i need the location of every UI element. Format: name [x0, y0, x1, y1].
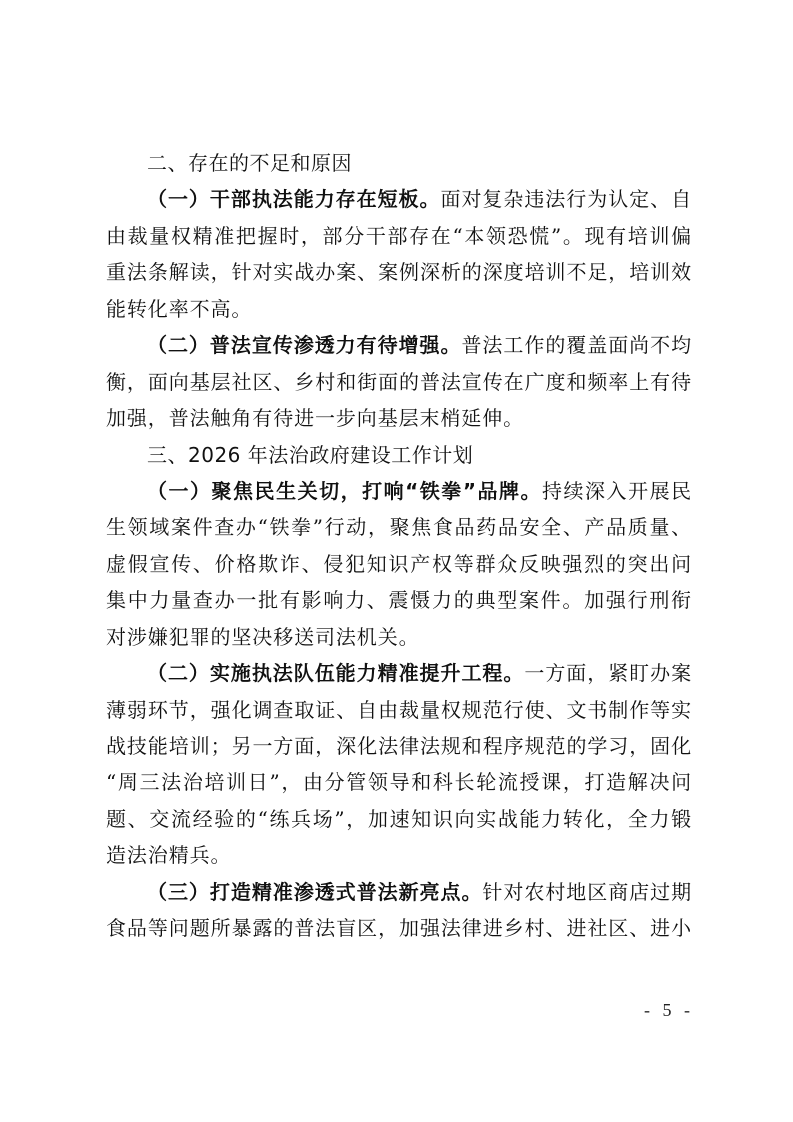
- paragraph-text: 面对复杂违法行为认定、自: [440, 187, 692, 211]
- paragraph-line: 造法治精兵。: [106, 837, 692, 873]
- paragraph-text: 持续深入开展民: [542, 479, 692, 503]
- paragraph-text: 一方面，紧盯办案: [524, 661, 692, 685]
- paragraph-title: （二）普法宣传渗透力有待增强。: [147, 333, 461, 357]
- paragraph-line: 集中力量查办一批有影响力、震慑力的典型案件。加强行刑衔接，: [106, 582, 692, 618]
- paragraph-line: 对涉嫌犯罪的坚决移送司法机关。: [106, 619, 692, 655]
- page-number: - 5 -: [640, 1000, 698, 1021]
- paragraph-line: 能转化率不高。: [106, 291, 692, 327]
- paragraph-title: （三）打造精准渗透式普法新亮点。: [147, 880, 482, 904]
- paragraph-text: 普法工作的覆盖面尚不均: [461, 333, 692, 357]
- paragraph-text: 针对农村地区商店过期: [482, 880, 692, 904]
- paragraph-title: （二）实施执法队伍能力精准提升工程。: [147, 661, 524, 685]
- document-body: 二、存在的不足和原因 （一）干部执法能力存在短板。面对复杂违法行为认定、自 由裁…: [106, 145, 692, 947]
- paragraph-line: 食品等问题所暴露的普法盲区，加强法律进乡村、进社区、进小: [106, 910, 692, 946]
- paragraph-line: 虚假宣传、价格欺诈、侵犯知识产权等群众反映强烈的突出问题，: [106, 546, 692, 582]
- paragraph-line: “周三法治培训日”，由分管领导和科长轮流授课，打造解决问: [106, 764, 692, 800]
- paragraph-title: （一）聚焦民生关切，打响“铁拳”品牌。: [147, 479, 542, 503]
- paragraph-line: 生领域案件查办“铁拳”行动，聚焦食品药品安全、产品质量、: [106, 509, 692, 545]
- paragraph-first-line: （三）打造精准渗透式普法新亮点。针对农村地区商店过期: [106, 874, 692, 910]
- paragraph-line: 重法条解读，针对实战办案、案例深析的深度培训不足，培训效: [106, 254, 692, 290]
- paragraph-line: 加强，普法触角有待进一步向基层末梢延伸。: [106, 400, 692, 436]
- document-page: 二、存在的不足和原因 （一）干部执法能力存在短板。面对复杂违法行为认定、自 由裁…: [0, 0, 793, 1122]
- section-heading: 三、2026 年法治政府建设工作计划: [106, 437, 692, 473]
- paragraph-line: 战技能培训；另一方面，深化法律法规和程序规范的学习，固化: [106, 728, 692, 764]
- paragraph-title: （一）干部执法能力存在短板。: [147, 187, 440, 211]
- paragraph-first-line: （一）干部执法能力存在短板。面对复杂违法行为认定、自: [106, 181, 692, 217]
- paragraph-first-line: （二）普法宣传渗透力有待增强。普法工作的覆盖面尚不均: [106, 327, 692, 363]
- section-heading: 二、存在的不足和原因: [106, 145, 692, 181]
- paragraph-line: 薄弱环节，强化调查取证、自由裁量权规范行使、文书制作等实: [106, 692, 692, 728]
- paragraph-line: 衡，面向基层社区、乡村和街面的普法宣传在广度和频率上有待: [106, 364, 692, 400]
- paragraph-line: 题、交流经验的“练兵场”，加速知识向实战能力转化，全力锻: [106, 801, 692, 837]
- paragraph-line: 由裁量权精准把握时，部分干部存在“本领恐慌”。现有培训偏: [106, 218, 692, 254]
- paragraph-first-line: （一）聚焦民生关切，打响“铁拳”品牌。持续深入开展民: [106, 473, 692, 509]
- paragraph-first-line: （二）实施执法队伍能力精准提升工程。一方面，紧盯办案: [106, 655, 692, 691]
